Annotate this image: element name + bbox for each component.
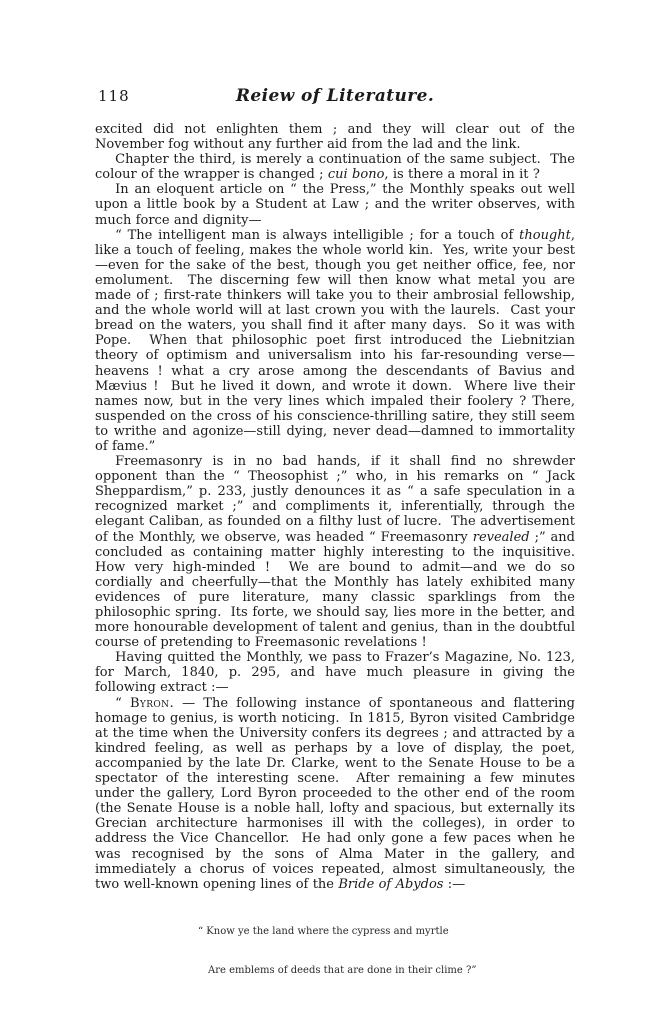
text-run: ;” and concluded as containing matter hi… — [95, 530, 584, 651]
text-run: In an eloquent article on “ the Press,” … — [95, 182, 579, 227]
paragraph: Having quitted the Monthly, we pass to F… — [95, 650, 575, 695]
text-run: — The following instance of spontaneous … — [95, 696, 579, 892]
running-title: Reiew of Literature. — [95, 86, 575, 106]
text-run: revealed — [473, 530, 530, 545]
text-run: :— — [443, 877, 465, 892]
text-run: , like a touch of feeling, makes the who… — [95, 228, 579, 454]
text-run: cui bono — [328, 167, 385, 182]
page-header: 118 Reiew of Literature. — [95, 86, 575, 107]
verse-line: Are emblems of deeds that are done in th… — [198, 964, 575, 977]
text-run: “ The intelligent man is always intellig… — [115, 228, 519, 243]
page-number: 118 — [98, 87, 130, 105]
verse-quote: “ Know ye the land where the cypress and… — [198, 899, 575, 1003]
text-run: Having quitted the Monthly, we pass to F… — [95, 650, 579, 695]
text-block: 118 Reiew of Literature. excited did not… — [95, 86, 575, 1003]
paragraph: excited did not enlighten them ; and the… — [95, 122, 575, 152]
text-run: excited did not enlighten them ; and the… — [95, 122, 579, 152]
text-run: Bride of Abydos — [338, 877, 443, 892]
verse-line: “ Know ye the land where the cypress and… — [198, 925, 575, 938]
document-page: 118 Reiew of Literature. excited did not… — [0, 0, 667, 1014]
text-run: thought — [519, 228, 571, 243]
paragraph: “ The intelligent man is always intellig… — [95, 228, 575, 454]
text-run: Byron. — [130, 696, 174, 711]
paragraph: Freemasonry is in no bad hands, if it sh… — [95, 454, 575, 650]
paragraph: Chapter the third, is merely a continuat… — [95, 152, 575, 182]
paragraph: “ Byron. — The following instance of spo… — [95, 696, 575, 892]
text-run: , is there a moral in it ? — [384, 167, 539, 182]
text-run: “ — [115, 696, 130, 711]
paragraph: In an eloquent article on “ the Press,” … — [95, 182, 575, 227]
body-text: excited did not enlighten them ; and the… — [95, 122, 575, 892]
